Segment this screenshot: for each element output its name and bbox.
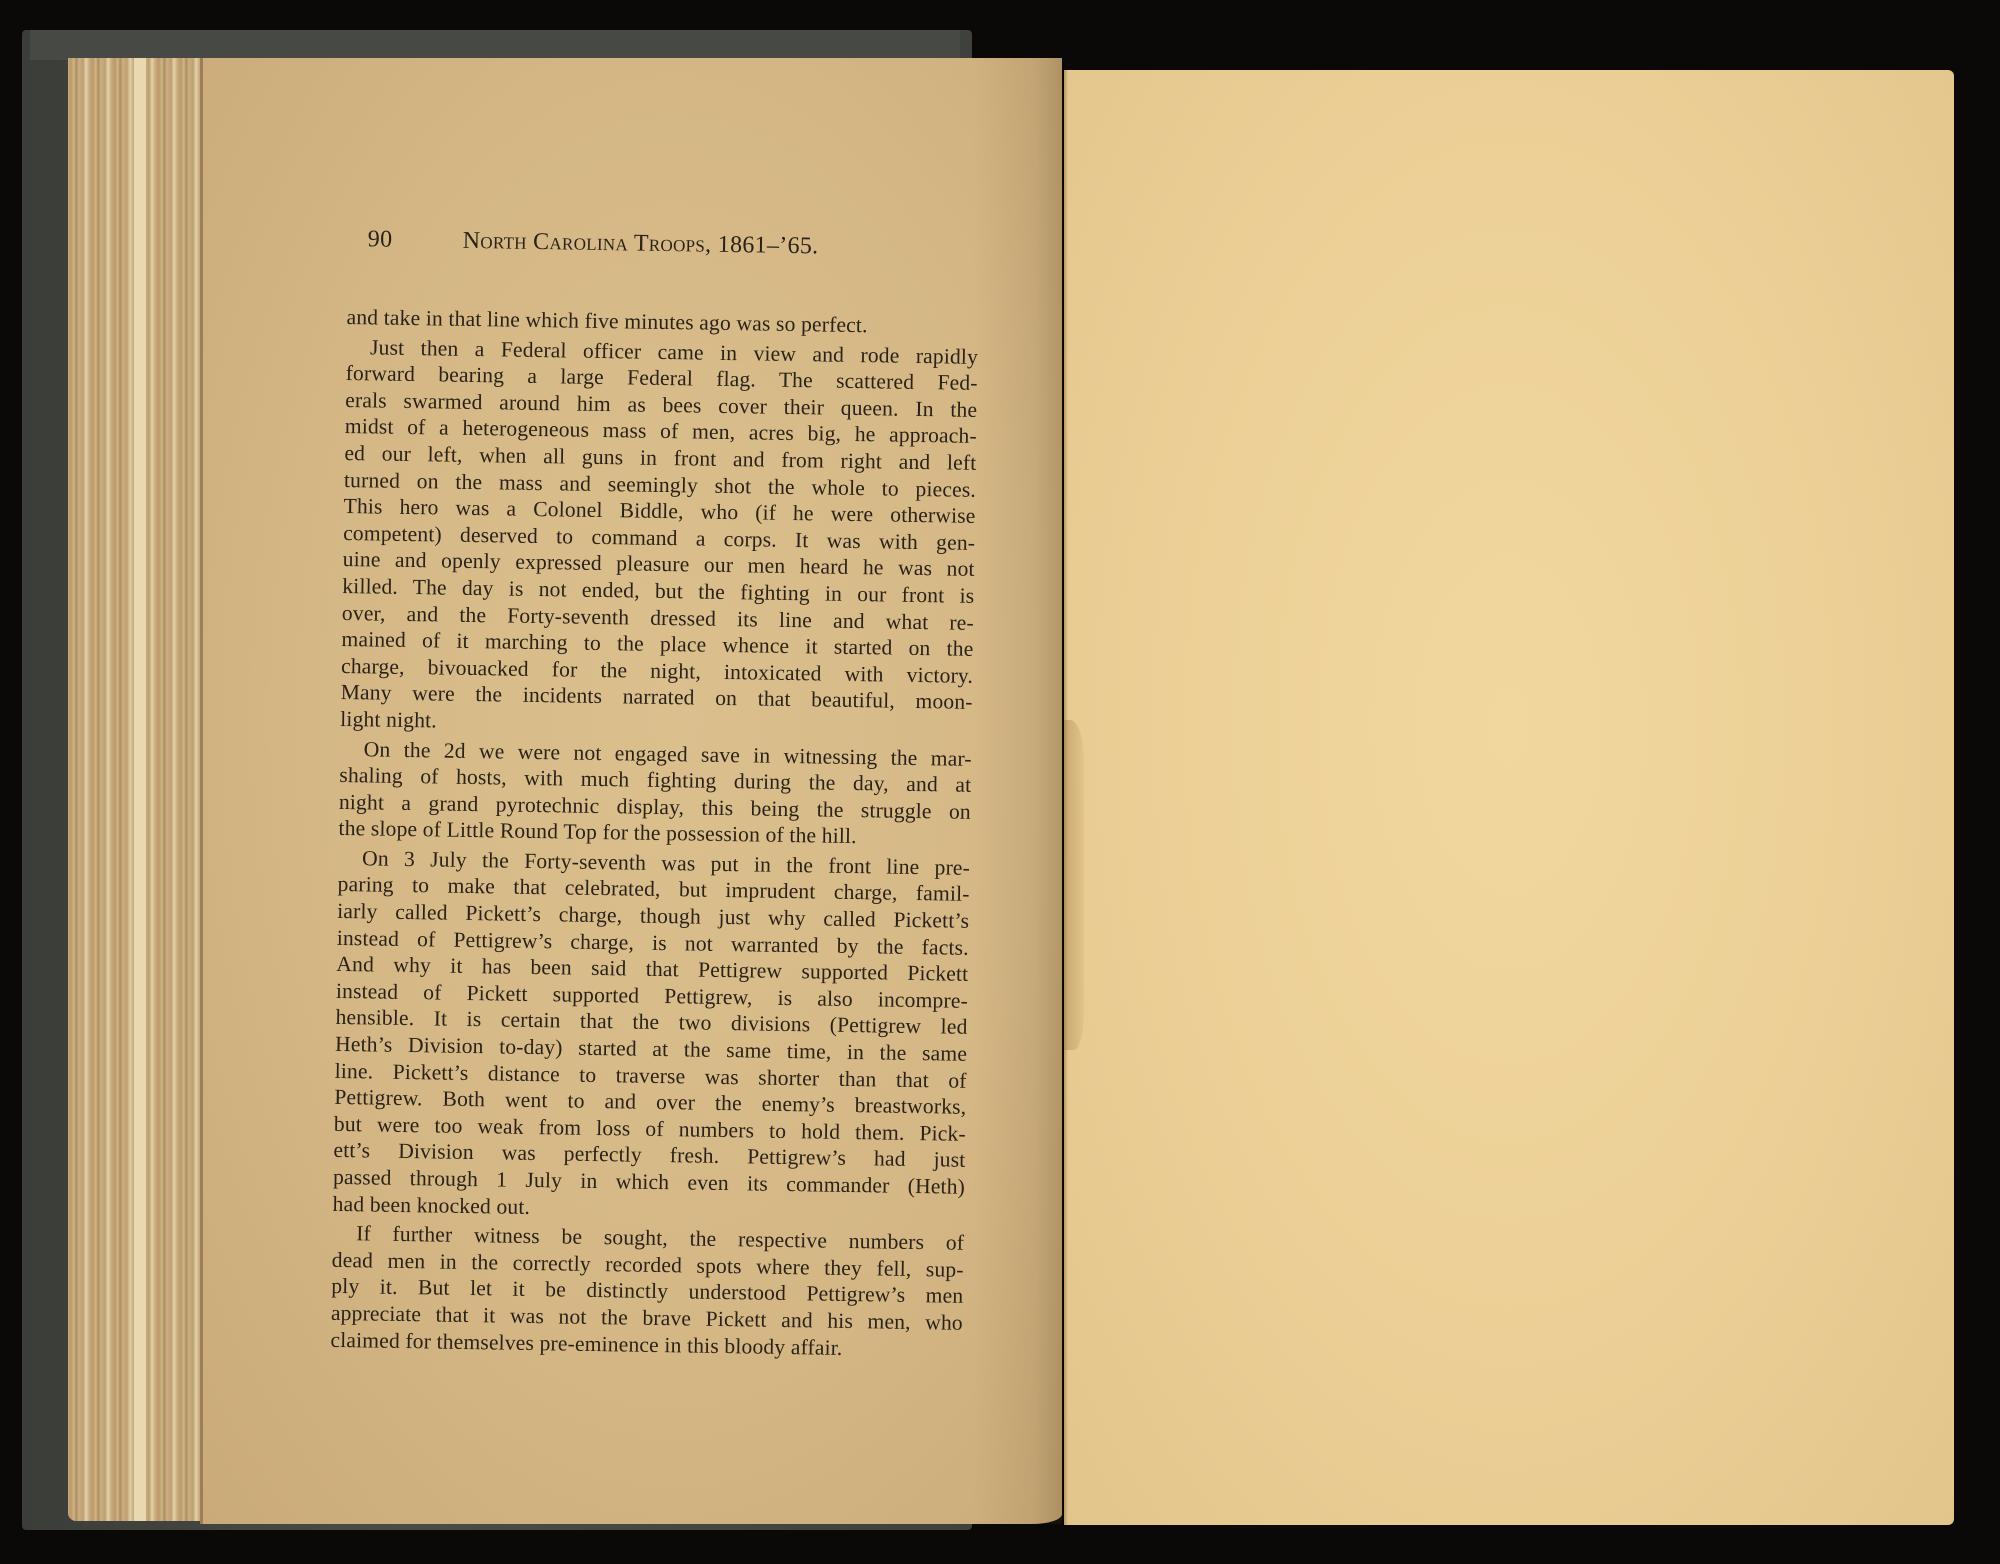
gutter-shadow	[972, 58, 1062, 1524]
running-head-title: North Carolina Troops, 1861–’65.	[463, 228, 819, 261]
page-number: 90	[348, 226, 463, 255]
page-edge-highlight	[134, 58, 146, 1521]
book-scan: 90 North Carolina Troops, 1861–’65. and …	[0, 0, 2000, 1564]
paragraph: On the 2d we were not engaged save in wi…	[338, 735, 972, 851]
right-page-blank	[1064, 70, 1954, 1525]
left-page-text: 90 North Carolina Troops, 1861–’65. and …	[330, 226, 980, 1363]
page-edge-stack	[68, 58, 208, 1521]
paragraph: If further witness be sought, the respec…	[330, 1220, 964, 1363]
body-text: and take in that line which five minutes…	[330, 304, 978, 1363]
paragraph: On 3 July the Forty-seventh was put in t…	[332, 845, 970, 1227]
paragraph: Just then a Federal officer came in view…	[340, 334, 978, 743]
left-page-edge	[200, 58, 203, 1524]
book-cover-top-edge	[30, 30, 960, 60]
gutter-stain	[1064, 720, 1084, 1050]
